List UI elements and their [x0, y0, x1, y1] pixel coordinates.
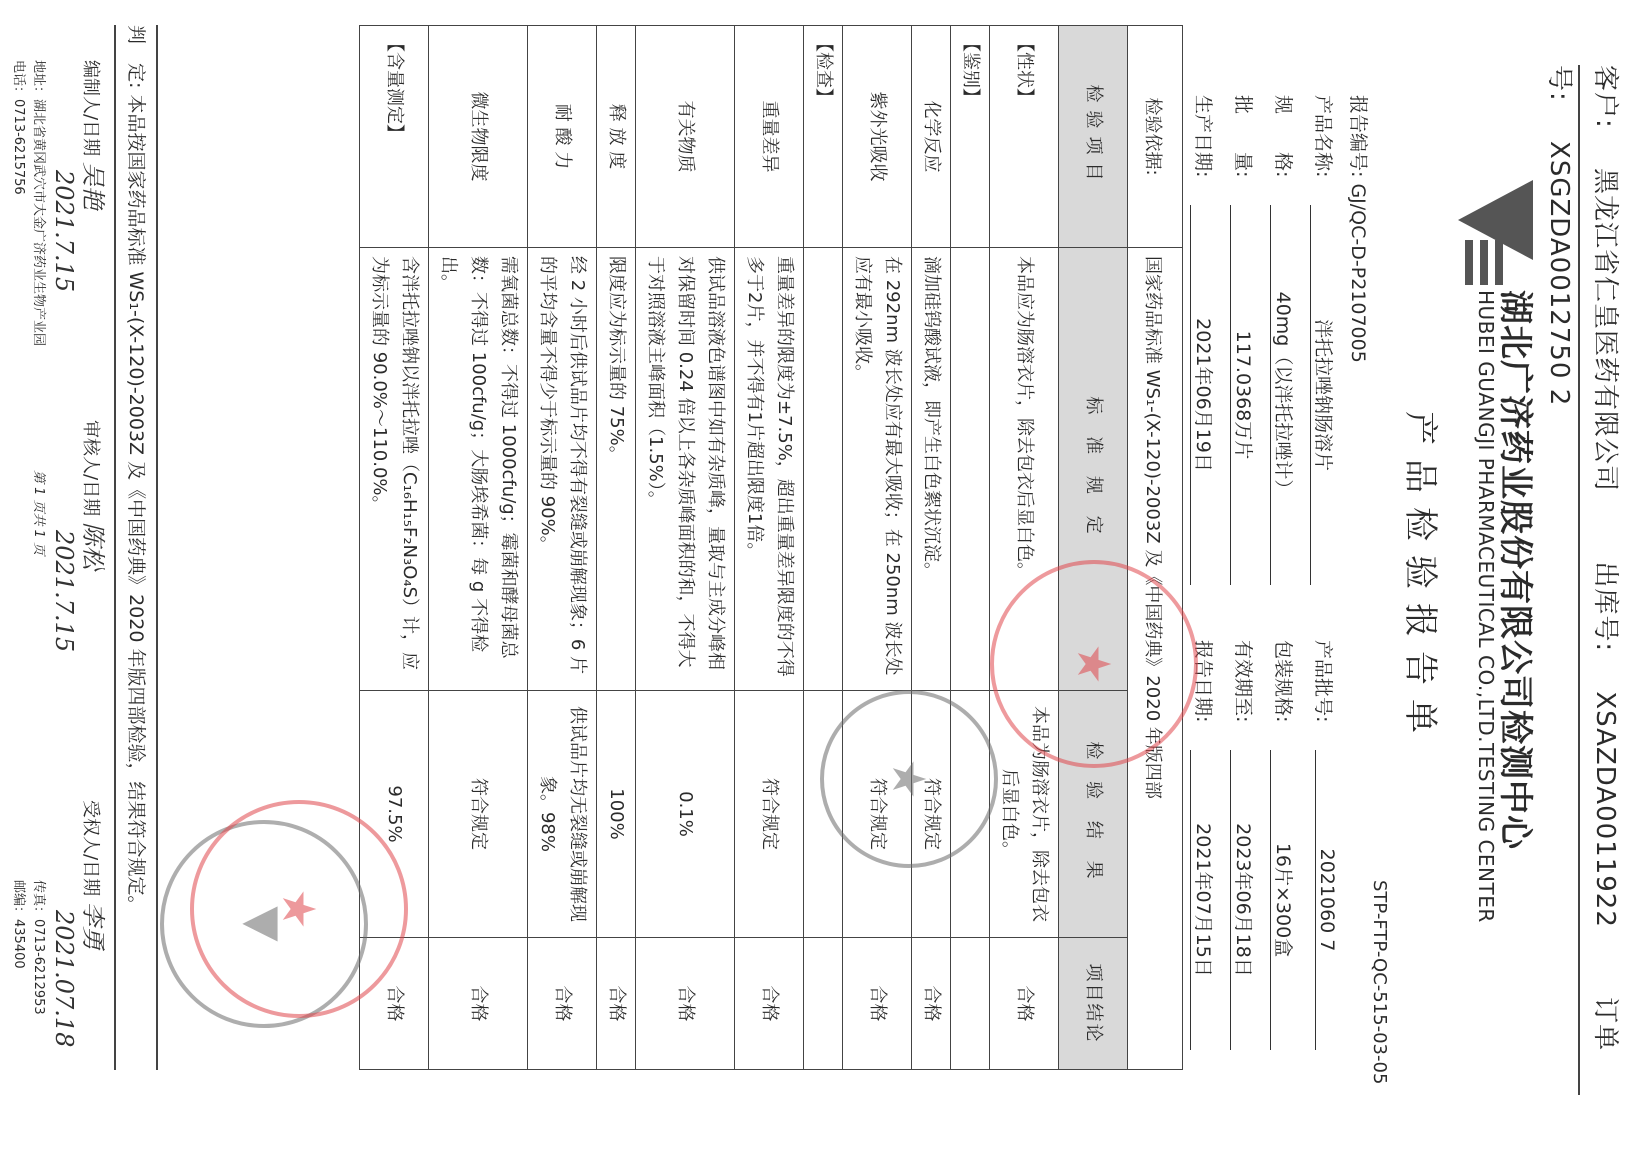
table-row: 重量差异重量差异的限度为±7.5%，超出重量差异限度的不得多于2片，并不得有1片… [735, 26, 804, 1070]
row-result: 供试品片均无裂缝或崩解现象。98% [528, 691, 597, 938]
spec-field: 规 格: 40mg（以泮托拉唑计） [1271, 95, 1298, 177]
row-standard: 重量差异的限度为±7.5%，超出重量差异限度的不得多于2片，并不得有1片超出限度… [735, 248, 804, 691]
row-item: 微生物限度 [429, 26, 528, 248]
row-standard [951, 248, 990, 691]
row-standard: 滴加硅钨酸试液，即产生白色絮状沉淀。 [912, 248, 951, 691]
quantity-label: 批 量: [1231, 95, 1258, 177]
row-standard: 需氧菌总数：不得过 1000cfu/g；霉菌和酵母菌总数：不得过 100cfu/… [429, 248, 528, 691]
table-row: 化学反应滴加硅钨酸试液，即产生白色絮状沉淀。符合规定合格 [912, 26, 951, 1070]
approver-label: 受权人/日期 [80, 800, 101, 896]
row-conclusion: 合格 [990, 938, 1059, 1070]
production-date-value: 2021年06月19日 [1190, 205, 1218, 585]
product-name-label: 产品名称: [1311, 95, 1338, 177]
row-conclusion: 合格 [735, 938, 804, 1070]
production-date-field: 生产日期: 2021年06月19日 [1191, 95, 1218, 177]
compiler-date: 2021.7.15 [50, 170, 78, 292]
company-logo-icon [1453, 180, 1543, 290]
customer-bar: 客户: 黑龙江省仁皇医药有限公司 出库号: XSAZDA0011922 订单号:… [1578, 65, 1628, 1095]
approver-date: 2021.07.18 [50, 910, 78, 1047]
report-number: 报告编号: GJ/QC-D-P2107005 [1346, 95, 1373, 363]
row-conclusion: 合格 [636, 938, 735, 1070]
row-conclusion: 合格 [843, 938, 912, 1070]
row-standard: 在 292nm 波长处应有最大吸收；在 250nm 波长处应有最小吸收。 [843, 248, 912, 691]
row-conclusion [951, 938, 990, 1070]
spec-label: 规 格: [1271, 95, 1298, 177]
row-item: 【检查】 [804, 26, 843, 248]
batch-number-label: 产品批号: [1311, 640, 1338, 722]
distributor-qa-seal-stamp: ★ [820, 690, 998, 868]
product-name-value: 泮托拉唑钠肠溶片 [1310, 205, 1338, 585]
outbound-number: XSAZDA0011922 [1590, 691, 1620, 928]
results-table: 检验项目 标 准 规 定 检 验 结 果 项目结论 【性状】本品应为肠溶衣片，除… [359, 25, 1128, 1070]
outbound-label: 出库号: [1590, 561, 1620, 652]
row-standard: 经 2 小时后供试品片均不得有裂缝或崩解现象；6 片的平均含量不得少于标示量的 … [528, 248, 597, 691]
table-row: 【鉴别】 [951, 26, 990, 1070]
row-standard [804, 248, 843, 691]
row-result: 0.1% [636, 691, 735, 938]
row-conclusion: 合格 [528, 938, 597, 1070]
document-title: 产品检验报告单 [1399, 0, 1448, 1158]
report-page: 客户: 黑龙江省仁皇医药有限公司 出库号: XSAZDA0011922 订单号:… [0, 0, 1638, 1158]
row-item: 释 放 度 [597, 26, 636, 248]
expiry-field: 有效期至: 2023年06月18日 [1231, 640, 1258, 722]
report-date-value: 2021年07月15日 [1190, 750, 1218, 1050]
customer-label: 客户: [1590, 65, 1620, 129]
footer-fax: 传真：0713-6212953 [28, 880, 48, 1015]
batch-number-field: 产品批号: 2021060 7 [1311, 640, 1338, 722]
package-value: 16片×300盒 [1270, 750, 1298, 1050]
basis-table: 检验依据: 国家药品标准 WS₁-(X-120)-2003Z 及《中国药典》20… [1121, 25, 1183, 1070]
form-code: STP-FTP-QC-515-03-05 [1369, 880, 1390, 1084]
order-number: XSGZDA0012750 2 [1544, 141, 1574, 406]
row-standard: 含泮托拉唑钠以泮托拉唑（C₁₆H₁₅F₂N₃O₄S）计，应为标示量的 90.0%… [360, 248, 429, 691]
row-item: 【含量测定】 [360, 26, 429, 248]
company-name-en: HUBEI GUANGJI PHARMACEUTICAL CO.,LTD.TES… [1474, 290, 1498, 923]
verdict-line: 判 定: 本品按国家药品标准 WS₁-(X-120)-2003Z 及《中国药典》… [114, 25, 158, 1070]
row-item: 【性状】 [990, 26, 1059, 248]
approver-sign: 李勇 [79, 902, 107, 950]
batch-number-value: 2021060 7 [1315, 750, 1338, 1050]
row-conclusion: 合格 [912, 938, 951, 1070]
footer-address: 地址：湖北省黄冈武穴市大金广济药业生物产业园 [28, 60, 48, 346]
report-number-value: GJ/QC-D-P2107005 [1347, 183, 1369, 362]
reviewer-date: 2021.7.15 [50, 530, 78, 652]
row-standard: 限度应为标示量的 75%。 [597, 248, 636, 691]
row-conclusion [804, 938, 843, 1070]
package-field: 包装规格: 16片×300盒 [1271, 640, 1298, 722]
verdict-text: 本品按国家药品标准 WS₁-(X-120)-2003Z 及《中国药典》2020 … [125, 94, 147, 914]
table-row: 紫外光吸收在 292nm 波长处应有最大吸收；在 250nm 波长处应有最小吸收… [843, 26, 912, 1070]
compiler-label: 编制人/日期 [80, 60, 101, 156]
reviewer-label: 审核人/日期 [80, 420, 101, 516]
product-name-field: 产品名称: 泮托拉唑钠肠溶片 [1311, 95, 1338, 177]
row-conclusion: 合格 [429, 938, 528, 1070]
row-item: 【鉴别】 [951, 26, 990, 248]
expiry-value: 2023年06月18日 [1230, 750, 1258, 1050]
row-result: 符合规定 [735, 691, 804, 938]
row-item: 有关物质 [636, 26, 735, 248]
quantity-value: 117.0368万片 [1230, 205, 1258, 585]
verdict-label: 判 定: [125, 25, 147, 88]
package-label: 包装规格: [1271, 640, 1298, 722]
expiry-label: 有效期至: [1231, 640, 1258, 722]
spec-value: 40mg（以泮托拉唑计） [1270, 205, 1298, 585]
quantity-field: 批 量: 117.0368万片 [1231, 95, 1258, 177]
compiler-sign: 吴艳 [79, 162, 107, 210]
customer-seal-stamp: ★ [990, 560, 1198, 768]
table-row: 【性状】本品应为肠溶衣片，除去包衣后显白色。本品为肠溶衣片，除去包衣后显白色。合… [990, 26, 1059, 1070]
customer-name: 黑龙江省仁皇医药有限公司 [1590, 168, 1620, 492]
table-row: 释 放 度限度应为标示量的 75%。100%合格 [597, 26, 636, 1070]
header-conclusion: 项目结论 [1059, 938, 1128, 1070]
table-header-row: 检验项目 标 准 规 定 检 验 结 果 项目结论 [1059, 26, 1128, 1070]
table-row: 【检查】 [804, 26, 843, 1070]
header-item: 检验项目 [1059, 26, 1128, 248]
row-item: 化学反应 [912, 26, 951, 248]
report-number-label: 报告编号: [1347, 95, 1369, 177]
table-row: 有关物质供试品溶液色谱图中如有杂质峰，量取与主成分峰相对保留时间 0.24 倍以… [636, 26, 735, 1070]
reviewer-sign: 陈松 [79, 522, 107, 570]
row-conclusion: 合格 [597, 938, 636, 1070]
row-result: 符合规定 [429, 691, 528, 938]
distributor-red-seal-stamp: ★ [190, 800, 408, 1018]
row-result: 100% [597, 691, 636, 938]
row-item: 耐 酸 力 [528, 26, 597, 248]
row-item: 重量差异 [735, 26, 804, 248]
row-standard: 供试品溶液色谱图中如有杂质峰，量取与主成分峰相对保留时间 0.24 倍以上各杂质… [636, 248, 735, 691]
footer-left: 地址：湖北省黄冈武穴市大金广济药业生物产业园 电话：0713-6215756 [8, 60, 48, 346]
production-date-label: 生产日期: [1191, 95, 1218, 177]
table-row: 耐 酸 力经 2 小时后供试品片均不得有裂缝或崩解现象；6 片的平均含量不得少于… [528, 26, 597, 1070]
table-row: 微生物限度需氧菌总数：不得过 1000cfu/g；霉菌和酵母菌总数：不得过 10… [429, 26, 528, 1070]
footer-right: 传真：0713-6212953 邮编：435400 [8, 880, 48, 1015]
footer-phone: 电话：0713-6215756 [8, 60, 28, 346]
row-item: 紫外光吸收 [843, 26, 912, 248]
basis-label: 检验依据: [1122, 26, 1183, 248]
approver-signature: 受权人/日期 李勇 2021.07.18 [50, 800, 113, 1047]
reviewer-signature: 审核人/日期 陈松 2021.7.15 [50, 420, 113, 652]
compiler-signature: 编制人/日期 吴艳 2021.7.15 [50, 60, 113, 292]
company-name-cn: 湖北广济药业股份有限公司检测中心 [1494, 290, 1543, 850]
footer-page: 第 1 页共 1 页 [28, 470, 48, 555]
footer-postcode: 邮编：435400 [8, 880, 28, 1015]
